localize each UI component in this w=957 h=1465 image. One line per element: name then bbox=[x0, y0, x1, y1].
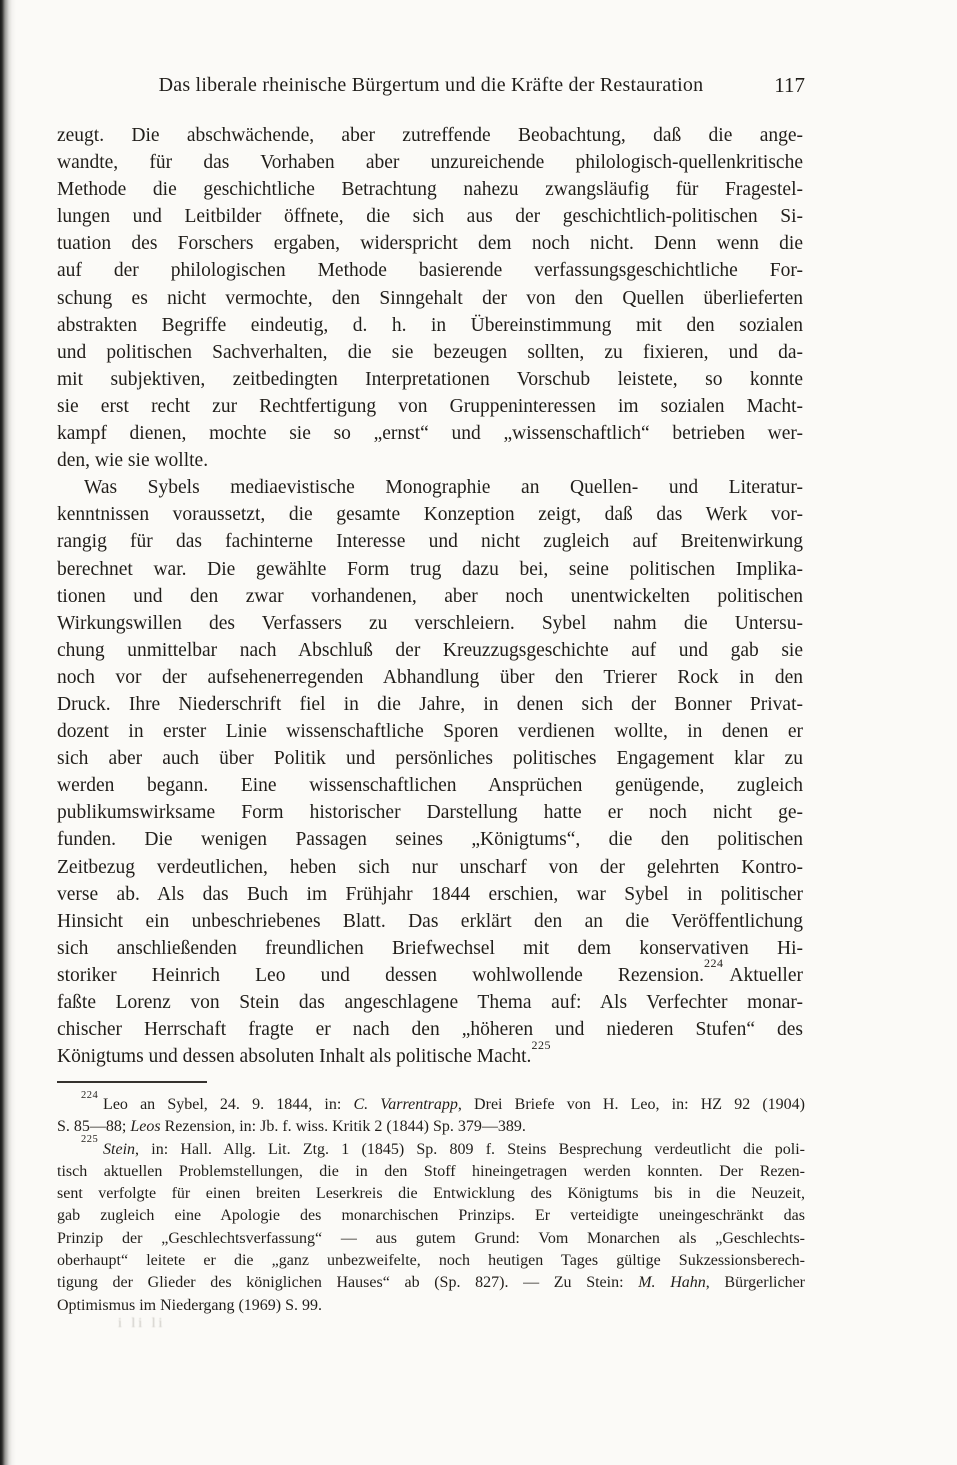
text-line: tionen und den zwar vorhandenen, aber no… bbox=[57, 583, 803, 610]
text-line: Zeitbezug verdeutlichen, heben sich nur … bbox=[57, 854, 803, 881]
footnote-author-italic: M. Hahn bbox=[638, 1274, 706, 1291]
footnote-marker-225: 225 bbox=[81, 1134, 98, 1145]
text-line: dozent in erster Linie wissenschaftliche… bbox=[57, 718, 803, 745]
text-line: tisch aktuellen Problemstellungen, die i… bbox=[57, 1161, 805, 1183]
text-line: publikumswirksame Form historischer Dars… bbox=[57, 799, 803, 826]
paragraph-1: zeugt. Die abschwächende, aber zutreffen… bbox=[57, 122, 803, 447]
paragraph-2-first-line: Was Sybels mediaevistische Monographie a… bbox=[57, 474, 803, 501]
text-line: werden begann. Eine wissenschaftlichen A… bbox=[57, 772, 803, 799]
book-page-scan: Das liberale rheinische Bürgertum und di… bbox=[0, 0, 957, 1465]
page-number: 117 bbox=[774, 71, 805, 99]
text-line: oberhaupt“ leitete er die „ganz unbezwei… bbox=[57, 1250, 805, 1272]
text-line: sie erst recht zur Rechtfertigung von Gr… bbox=[57, 393, 803, 420]
footnote-224-line: 224Leo an Sybel, 24. 9. 1844, in: C. Var… bbox=[57, 1094, 805, 1116]
footnote-ref-225: 225 bbox=[531, 1038, 551, 1052]
footnote-text: , Bürgerlicher bbox=[706, 1274, 805, 1291]
footnote-225-line: tigung der Glieder des königlichen Hause… bbox=[57, 1272, 805, 1294]
text-line-with-footnote-ref: Königtums und dessen absoluten Inhalt al… bbox=[57, 1043, 803, 1070]
footnote-224-line: S. 85—88; Leos Rezension, in: Jb. f. wis… bbox=[57, 1116, 805, 1138]
text-line: sich anschließenden freundlichen Briefwe… bbox=[57, 935, 803, 962]
text-line: Druck. Ihre Niederschrift fiel in die Ja… bbox=[57, 691, 803, 718]
text-line: gab zugleich eine Apologie des monarchis… bbox=[57, 1205, 805, 1227]
footnote-text: Rezension, in: Jb. f. wiss. Kritik 2 (18… bbox=[161, 1118, 526, 1135]
footnote-225-line: 225Stein, in: Hall. Allg. Lit. Ztg. 1 (1… bbox=[57, 1139, 805, 1161]
text-line-with-footnote-ref: storiker Heinrich Leo und dessen wohlwol… bbox=[57, 962, 803, 989]
text-line: verse ab. Als das Buch im Frühjahr 1844 … bbox=[57, 881, 803, 908]
paragraph-2: kenntnissen voraussetzt, die gesamte Kon… bbox=[57, 501, 803, 962]
text-line: den, wie sie wollte. bbox=[57, 447, 803, 474]
bleed-through-artifact: i li li bbox=[118, 1316, 418, 1332]
text-line: funden. Die wenigen Passagen seines „Kön… bbox=[57, 826, 803, 853]
text-line: Wirkungswillen des Verfassers zu verschl… bbox=[57, 610, 803, 637]
footnote-author-italic: C. Varrentrapp bbox=[353, 1096, 457, 1113]
text-line: und politischen Sachverhalten, die sie b… bbox=[57, 339, 803, 366]
body-text: zeugt. Die abschwächende, aber zutreffen… bbox=[57, 122, 803, 1070]
footnote-text: , in: Hall. Allg. Lit. Ztg. 1 (1845) Sp.… bbox=[135, 1141, 805, 1158]
text-line: auf der philologischen Methode basierend… bbox=[57, 257, 803, 284]
text-line: sent verfolgte für einen breiten Leserkr… bbox=[57, 1183, 805, 1205]
text-line: abstrakten Begriffe eindeutig, d. h. in … bbox=[57, 312, 803, 339]
text-line: mit subjektiven, zeitbedingten Interpret… bbox=[57, 366, 803, 393]
text-line: faßte Lorenz von Stein das angeschlagene… bbox=[57, 989, 803, 1016]
footnote-separator-rule bbox=[57, 1081, 207, 1083]
text-line: rangig für das fachinterne Interesse und… bbox=[57, 528, 803, 555]
text-line: tuation des Forschers ergaben, widerspri… bbox=[57, 230, 803, 257]
text-line: berechnet war. Die gewählte Form trug da… bbox=[57, 556, 803, 583]
text-line: noch vor der aufsehenerregenden Abhandlu… bbox=[57, 664, 803, 691]
footnote-text: , Drei Briefe von H. Leo, in: HZ 92 (190… bbox=[458, 1096, 805, 1113]
paragraph-2-continued: faßte Lorenz von Stein das angeschlagene… bbox=[57, 989, 803, 1043]
text-line: kenntnissen voraussetzt, die gesamte Kon… bbox=[57, 501, 803, 528]
text-line: zeugt. Die abschwächende, aber zutreffen… bbox=[57, 122, 803, 149]
footnote-225-body: tisch aktuellen Problemstellungen, die i… bbox=[57, 1161, 805, 1272]
header-title: Das liberale rheinische Bürgertum und di… bbox=[57, 71, 805, 99]
running-header: Das liberale rheinische Bürgertum und di… bbox=[57, 71, 805, 99]
text-line: wandte, für das Vorhaben aber unzureiche… bbox=[57, 149, 803, 176]
text-line: Methode die geschichtliche Betrachtung n… bbox=[57, 176, 803, 203]
text-line: sich aber auch über Politik und persönli… bbox=[57, 745, 803, 772]
text-line: lungen und Leitbilder öffnete, die sich … bbox=[57, 203, 803, 230]
line-text: Aktueller bbox=[729, 965, 803, 986]
page-edge-shadow bbox=[0, 0, 16, 1465]
footnote-marker-224: 224 bbox=[81, 1090, 98, 1101]
footnote-text: S. 85—88; bbox=[57, 1118, 130, 1135]
footnotes: 224Leo an Sybel, 24. 9. 1844, in: C. Var… bbox=[57, 1094, 805, 1317]
text-line: Hinsicht ein unbeschriebenes Blatt. Das … bbox=[57, 908, 803, 935]
footnote-ref-224: 224 bbox=[704, 956, 724, 970]
footnote-author-italic: Leos bbox=[130, 1118, 160, 1135]
line-text: Königtums und dessen absoluten Inhalt al… bbox=[57, 1046, 531, 1067]
footnote-author-italic: Stein bbox=[103, 1141, 135, 1158]
line-text: storiker Heinrich Leo und dessen wohlwol… bbox=[57, 965, 704, 986]
text-line: kampf dienen, mochte sie so „ernst“ und … bbox=[57, 420, 803, 447]
footnote-text: Leo an Sybel, 24. 9. 1844, in: bbox=[103, 1096, 353, 1113]
footnote-225-line: Optimismus im Niedergang (1969) S. 99. bbox=[57, 1295, 805, 1317]
text-line: schung es nicht vermochte, den Sinngehal… bbox=[57, 285, 803, 312]
footnote-text: tigung der Glieder des königlichen Hause… bbox=[57, 1274, 638, 1291]
text-line: Prinzip der „Geschlechtsverfassung“ — au… bbox=[57, 1228, 805, 1250]
text-line: chischer Herrschaft fragte er nach den „… bbox=[57, 1016, 803, 1043]
text-line: chung unmittelbar nach Abschluß der Kreu… bbox=[57, 637, 803, 664]
